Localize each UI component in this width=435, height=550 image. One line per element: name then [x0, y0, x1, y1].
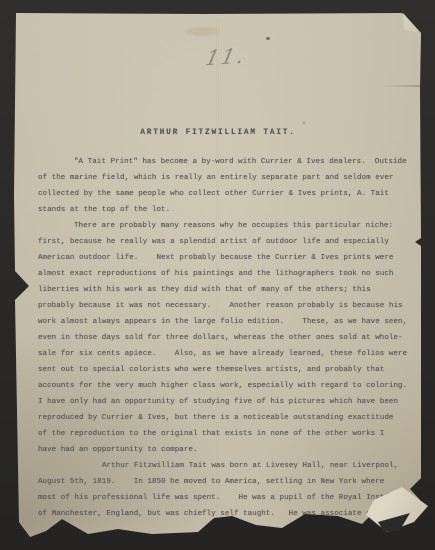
text-line: August 5th, 1819. In 1850 he moved to Am… [38, 474, 418, 490]
text-line: "A Tait Print" has become a by-word with… [38, 154, 418, 170]
text-line: probably because it was not necessary. A… [38, 298, 418, 314]
photo-background: { "page": { "page_number": "11.", "title… [0, 0, 435, 550]
stain [186, 27, 220, 36]
text-line: of Manchester, England, but was chiefly … [38, 506, 418, 522]
text-line: first, because he really was a splendid … [38, 234, 418, 250]
text-line: work almost always appears in the large … [38, 314, 418, 330]
text-line: There are probably many reasons why he o… [38, 218, 418, 234]
text-line: I have only had an opportunity of studyi… [38, 394, 418, 410]
text-line: of the marine field, which is really an … [38, 170, 418, 186]
text-line: have had an opportunity to compare. [38, 442, 418, 458]
text-line: reproduced by Currier & Ives, but there … [38, 410, 418, 426]
ink-speck [303, 122, 305, 124]
text-line: sent out to special colorists who were t… [38, 362, 418, 378]
text-line: even in those days sold for three dollar… [38, 330, 418, 346]
text-line: almost exact reproductions of his painti… [38, 266, 418, 282]
document-body: "A Tait Print" has become a by-word with… [38, 154, 418, 522]
text-line: stands at the top of the lot. [38, 202, 418, 218]
text-line: of the reproduction to the original that… [38, 426, 418, 442]
text-line: collected by the same people who collect… [38, 186, 418, 202]
text-line: accounts for the very much higher class … [38, 378, 418, 394]
fold-crease-horizontal [382, 85, 420, 87]
document-page: 11. ARTHUR FITZWILLIAM TAIT. "A Tait Pri… [0, 0, 435, 550]
text-line: sale for six cents apiece. Also, as we h… [38, 346, 418, 362]
document-title: ARTHUR FITZWILLIAM TAIT. [15, 129, 421, 137]
text-line: Arthur Fitzwilliam Tait was born at Live… [38, 458, 418, 474]
ink-speck [266, 37, 270, 40]
text-line: most of his professional life was spent.… [38, 490, 418, 506]
text-line: American outdoor life. Next probably bec… [38, 250, 418, 266]
text-line: liberties with his work as they did with… [38, 282, 418, 298]
page-number-annotation: 11. [203, 44, 248, 71]
